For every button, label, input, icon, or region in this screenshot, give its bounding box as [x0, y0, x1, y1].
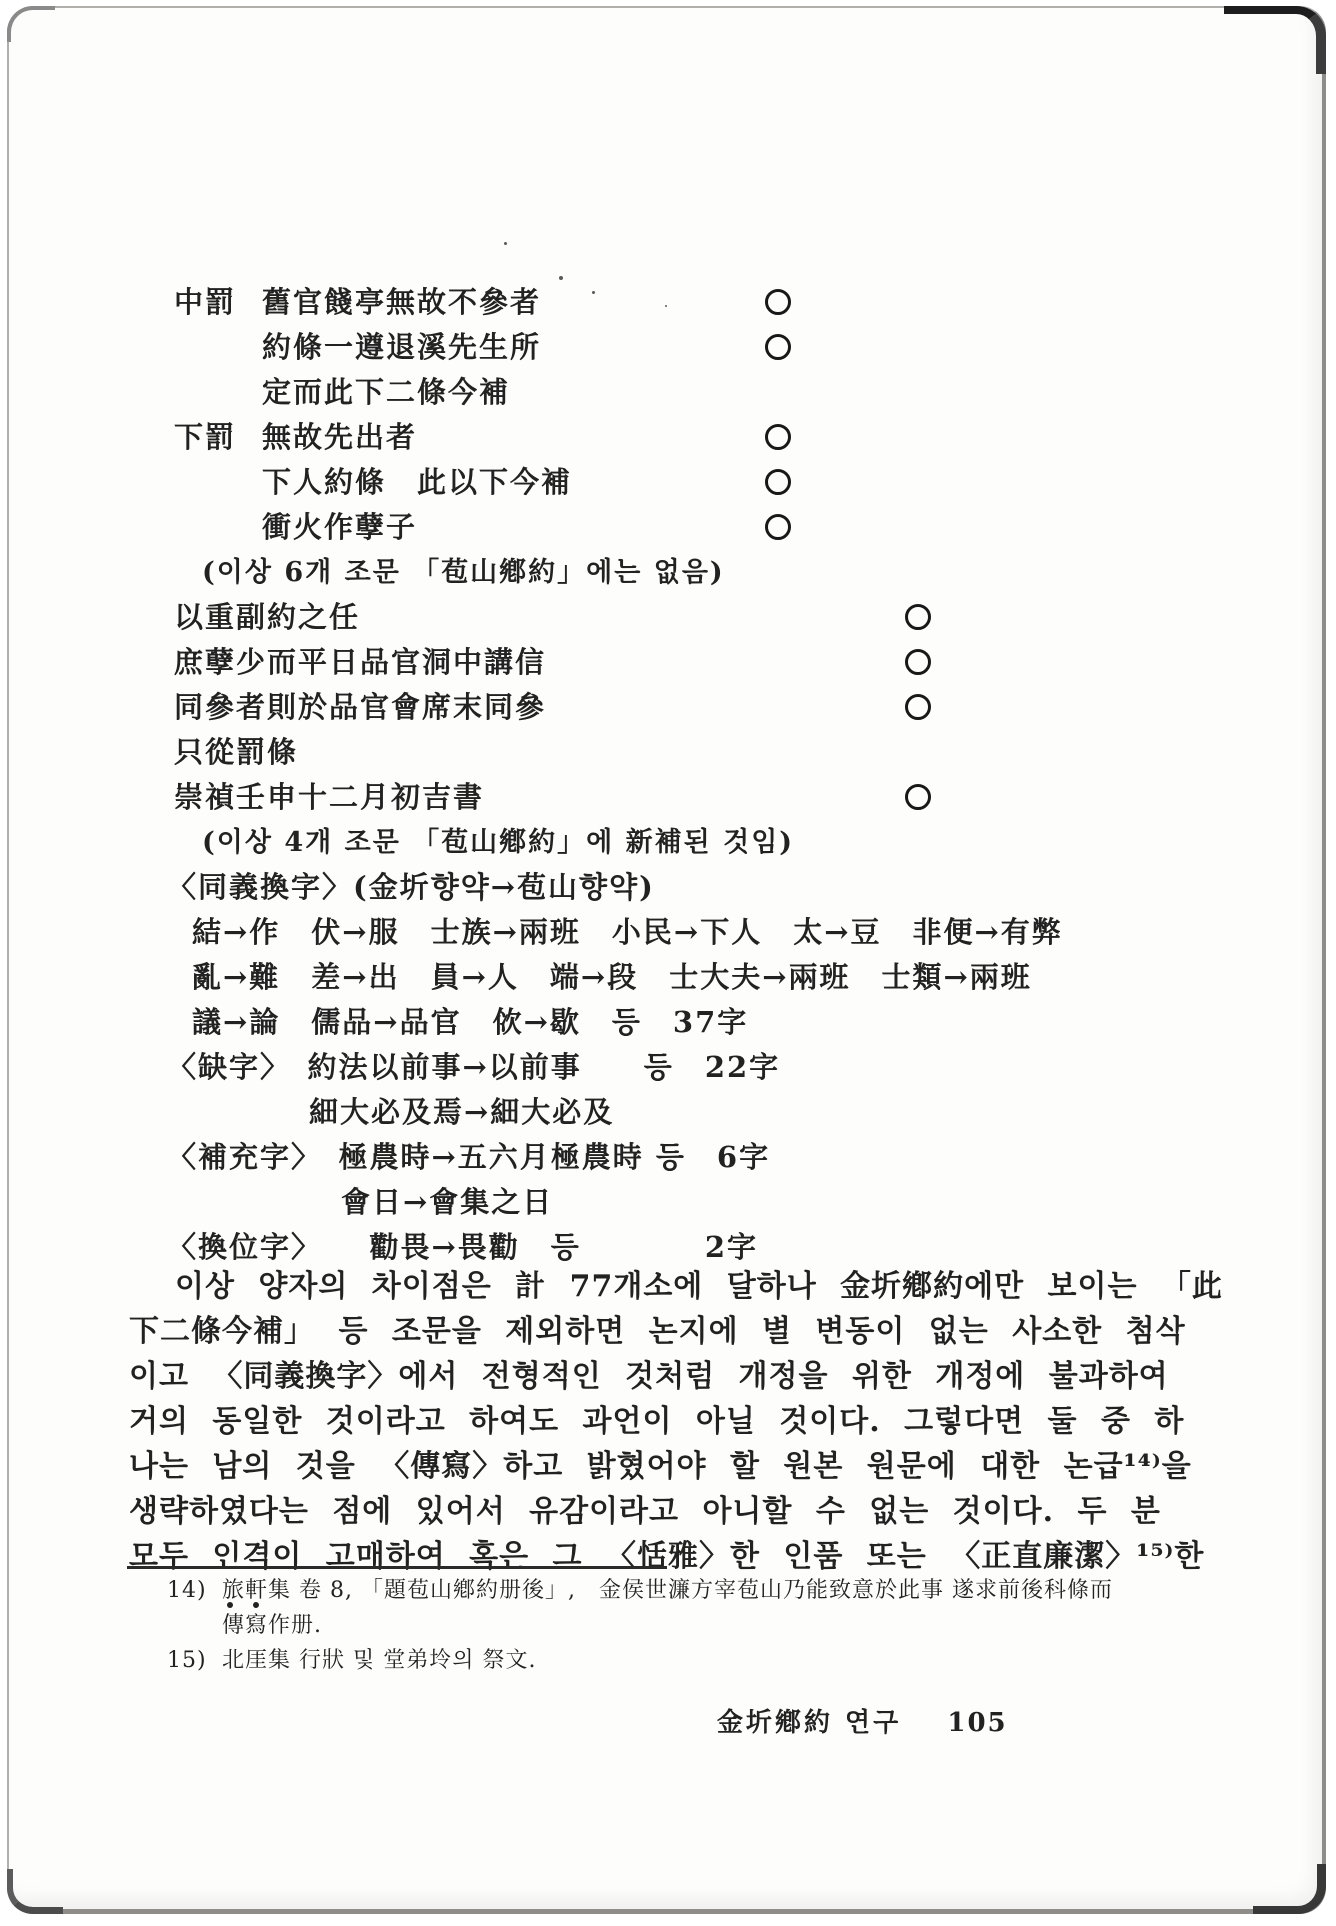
clause-text: 定而此下二條今補: [262, 375, 510, 409]
clause-text: 約條一遵退溪先生所: [262, 330, 541, 364]
circle-mark: [765, 334, 791, 360]
circle-mark: [905, 694, 931, 720]
circle-mark: [765, 469, 791, 495]
circle-mark: [905, 649, 931, 675]
char-note-line: 〈補充字〉 極農時→五六月極農時 등 6字: [9, 1135, 1322, 1180]
clause-line: 庶孽少而平日品官洞中講信: [9, 640, 1322, 685]
clause-line: 定而此下二條今補: [9, 370, 1322, 415]
clause-text: 下人約條 此以下今補: [262, 465, 572, 499]
footnote-text: 北厓集 行狀 및 堂弟坽의 祭文.: [222, 1648, 536, 1673]
page-number: 105: [947, 1708, 1007, 1738]
clause-line: 下罰無故先出者: [9, 415, 1322, 460]
footnotes: 14)旅軒集 卷 8, 「題苞山鄕約册後」, 金侯世濂方宰苞山乃能致意於此事 遂…: [167, 1573, 1257, 1678]
clause-line: 中罰舊官餞亭無故不參者: [9, 280, 1322, 325]
clause-line: 以重副約之任: [9, 595, 1322, 640]
missing-clause-rows: 中罰舊官餞亭無故不參者約條一遵退溪先生所定而此下二條今補下罰無故先出者下人約條 …: [9, 280, 1322, 550]
char-note-rows: 〈同義換字〉(金圻향약→苞山향약)結→作 伏→服 士族→兩班 小民→下人 太→豆…: [9, 865, 1322, 1270]
clause-line: 只從罰條: [9, 730, 1322, 775]
char-note-line: 〈同義換字〉(金圻향약→苞山향약): [9, 865, 1322, 910]
char-note-line: 會日→會集之日: [9, 1180, 1322, 1225]
footnote-number: 15): [167, 1643, 222, 1678]
clause-text: 同參者則於品官會席末同參: [174, 690, 546, 724]
circle-mark: [765, 514, 791, 540]
char-note-line: 〈缺字〉 約法以前事→以前事 등 22字: [9, 1045, 1322, 1090]
clause-text: 只從罰條: [174, 735, 298, 769]
missing-note: (이상 6개 조문 「苞山鄕約」에는 없음): [9, 550, 1322, 595]
clause-label: 下罰: [174, 415, 262, 460]
footnote-number: 14): [167, 1573, 222, 1608]
circle-mark: [765, 289, 791, 315]
added-note: (이상 4개 조문 「苞山鄕約」에 新補된 것임): [9, 820, 1322, 865]
char-note-line: 亂→難 差→出 員→人 端→段 士大夫→兩班 士類→兩班: [9, 955, 1322, 1000]
char-note-line: 細大必及焉→細大必及: [9, 1090, 1322, 1135]
added-clause-rows: 以重副約之任庶孽少而平日品官洞中講信同參者則於品官會席末同參只從罰條崇禎壬申十二…: [9, 595, 1322, 820]
paragraph-line: 생략하였다는 점에 있어서 유감이라고 아니할 수 없는 것이다. 두 분: [129, 1489, 1229, 1534]
clause-list: 中罰舊官餞亭無故不參者約條一遵退溪先生所定而此下二條今補下罰無故先出者下人約條 …: [9, 280, 1322, 1270]
clause-text: 衝火作孽子: [262, 510, 417, 544]
clause-line: 崇禎壬申十二月初吉書: [9, 775, 1322, 820]
char-note-line: 結→作 伏→服 士族→兩班 小民→下人 太→豆 非便→有弊: [9, 910, 1322, 955]
page-content: 中罰舊官餞亭無故不參者約條一遵退溪先生所定而此下二條今補下罰無故先出者下人約條 …: [9, 8, 1322, 1909]
paragraph-line: 이고 〈同義換字〉에서 전형적인 것처럼 개정을 위한 개정에 불과하여: [129, 1354, 1229, 1399]
footnote-line: 傳寫作册.: [167, 1608, 1257, 1643]
clause-line: 下人約條 此以下今補: [9, 460, 1322, 505]
circle-mark: [765, 424, 791, 450]
page-footer: 金圻鄕約 연구 105: [717, 1702, 1008, 1739]
clause-line: 衝火作孽子: [9, 505, 1322, 550]
clause-line: 約條一遵退溪先生所: [9, 325, 1322, 370]
running-title: 金圻鄕約 연구: [717, 1708, 901, 1738]
clause-text: 以重副約之任: [174, 600, 360, 634]
scanned-page: 中罰舊官餞亭無故不參者約條一遵退溪先生所定而此下二條今補下罰無故先出者下人約條 …: [7, 6, 1326, 1914]
clause-line: 同參者則於品官會席末同參: [9, 685, 1322, 730]
clause-text: 崇禎壬申十二月初吉書: [174, 780, 484, 814]
clause-text: 庶孽少而平日品官洞中講信: [174, 645, 546, 679]
clause-text: 舊官餞亭無故不參者: [262, 285, 541, 319]
footnote-text: 旅軒集 卷 8, 「題苞山鄕約册後」, 金侯世濂方宰苞山乃能致意於此事 遂求前後…: [222, 1578, 1113, 1603]
circle-mark: [905, 784, 931, 810]
circle-mark: [905, 604, 931, 630]
footnote-line: 14)旅軒集 卷 8, 「題苞山鄕約册後」, 金侯世濂方宰苞山乃能致意於此事 遂…: [167, 1573, 1257, 1608]
footnote-line: 15)北厓集 行狀 및 堂弟坽의 祭文.: [167, 1643, 1257, 1678]
paragraph-line: 나는 남의 것을 〈傳寫〉하고 밝혔어야 할 원본 원문에 대한 논급¹⁴⁾을: [129, 1444, 1229, 1489]
paragraph-line: 이상 양자의 차이점은 計 77개소에 달하나 金圻鄕約에만 보이는 「此: [129, 1264, 1229, 1309]
char-note-line: 議→論 儒品→品官 佽→歇 등 37字: [9, 1000, 1322, 1045]
footnote-rule: [127, 1566, 667, 1569]
paragraph-line: 거의 동일한 것이라고 하여도 과언이 아닐 것이다. 그렇다면 둘 중 하: [129, 1399, 1229, 1444]
paragraph: 이상 양자의 차이점은 計 77개소에 달하나 金圻鄕約에만 보이는 「此下二條…: [129, 1264, 1229, 1579]
paragraph-line: 下二條今補」 등 조문을 제외하면 논지에 별 변동이 없는 사소한 첨삭: [129, 1309, 1229, 1354]
footnote-text: 傳寫作册.: [222, 1613, 322, 1638]
clause-text: 無故先出者: [262, 420, 417, 454]
clause-label: 中罰: [174, 280, 262, 325]
